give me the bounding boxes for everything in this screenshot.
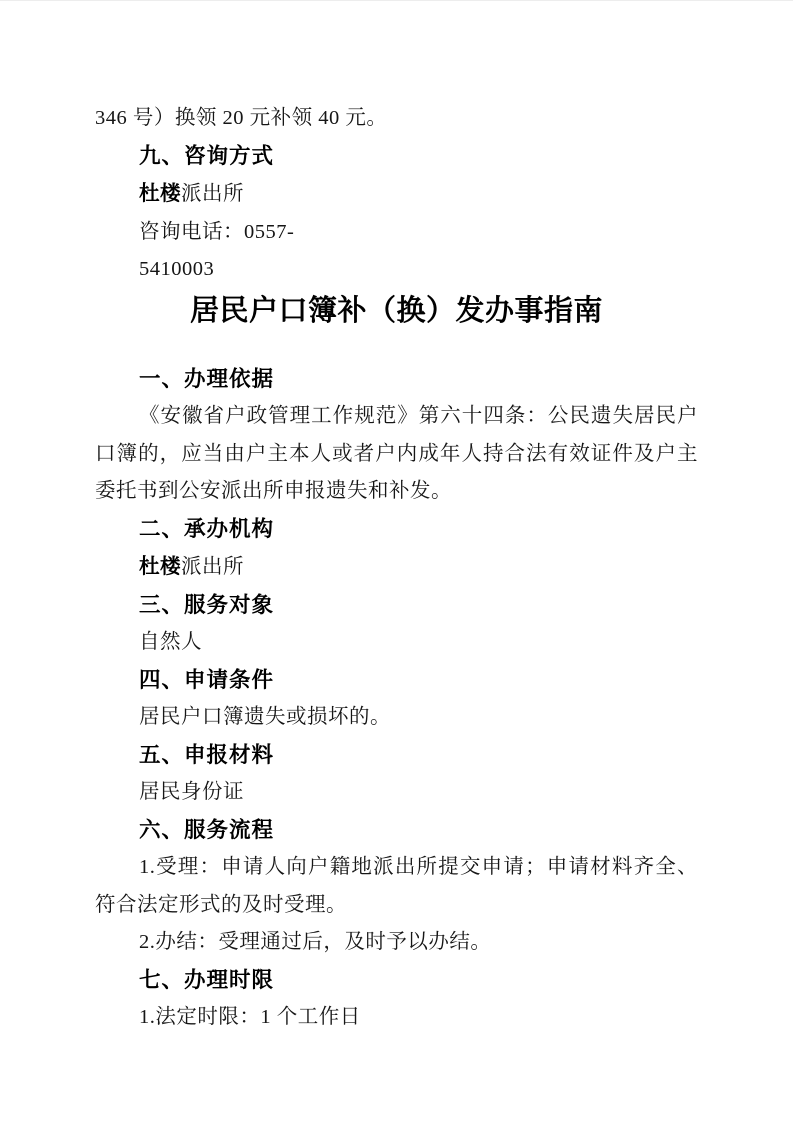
section-heading-basis: 一、办理依据 xyxy=(95,361,698,399)
section-heading-process: 六、服务流程 xyxy=(95,812,698,850)
document-title: 居民户口簿补（换）发办事指南 xyxy=(95,289,698,333)
process-step-2-paragraph: 2.办结：受理通过后，及时予以办结。 xyxy=(95,924,698,962)
section-heading-agency: 二、承办机构 xyxy=(95,511,698,549)
section-heading-conditions: 四、申请条件 xyxy=(95,662,698,700)
section-basis-paragraph: 《安徽省户政管理工作规范》第六十四条：公民遗失居民户口簿的，应当由户主本人或者户… xyxy=(95,398,698,511)
service-target-paragraph: 自然人 xyxy=(95,624,698,662)
agency-office-name-rest: 派出所 xyxy=(181,556,244,578)
office-name-bold: 杜楼 xyxy=(139,182,181,205)
materials-paragraph: 居民身份证 xyxy=(95,774,698,812)
section-heading-consultation: 九、咨询方式 xyxy=(95,138,698,176)
document-content: 346 号）换领 20 元补领 40 元。 九、咨询方式 杜楼派出所 咨询电话：… xyxy=(95,0,698,1037)
section-heading-time-limit: 七、办理时限 xyxy=(95,962,698,1000)
agency-office-line: 杜楼派出所 xyxy=(95,548,698,587)
agency-office-name-bold: 杜楼 xyxy=(139,555,181,578)
consultation-office-line: 杜楼派出所 xyxy=(95,175,698,214)
process-step-1-paragraph: 1.受理：申请人向户籍地派出所提交申请；申请材料齐全、符合法定形式的及时受理。 xyxy=(95,849,698,924)
consultation-phone-line: 咨询电话：0557- xyxy=(95,214,698,252)
document-page: 346 号）换领 20 元补领 40 元。 九、咨询方式 杜楼派出所 咨询电话：… xyxy=(0,0,793,1122)
section-heading-service-target: 三、服务对象 xyxy=(95,587,698,625)
consultation-phone-number-line: 5410003 xyxy=(95,251,698,289)
fee-note-line: 346 号）换领 20 元补领 40 元。 xyxy=(95,100,698,138)
office-name-rest: 派出所 xyxy=(181,183,244,205)
section-heading-materials: 五、申报材料 xyxy=(95,737,698,775)
conditions-paragraph: 居民户口簿遗失或损坏的。 xyxy=(95,699,698,737)
time-limit-paragraph: 1.法定时限：1 个工作日 xyxy=(95,999,698,1037)
